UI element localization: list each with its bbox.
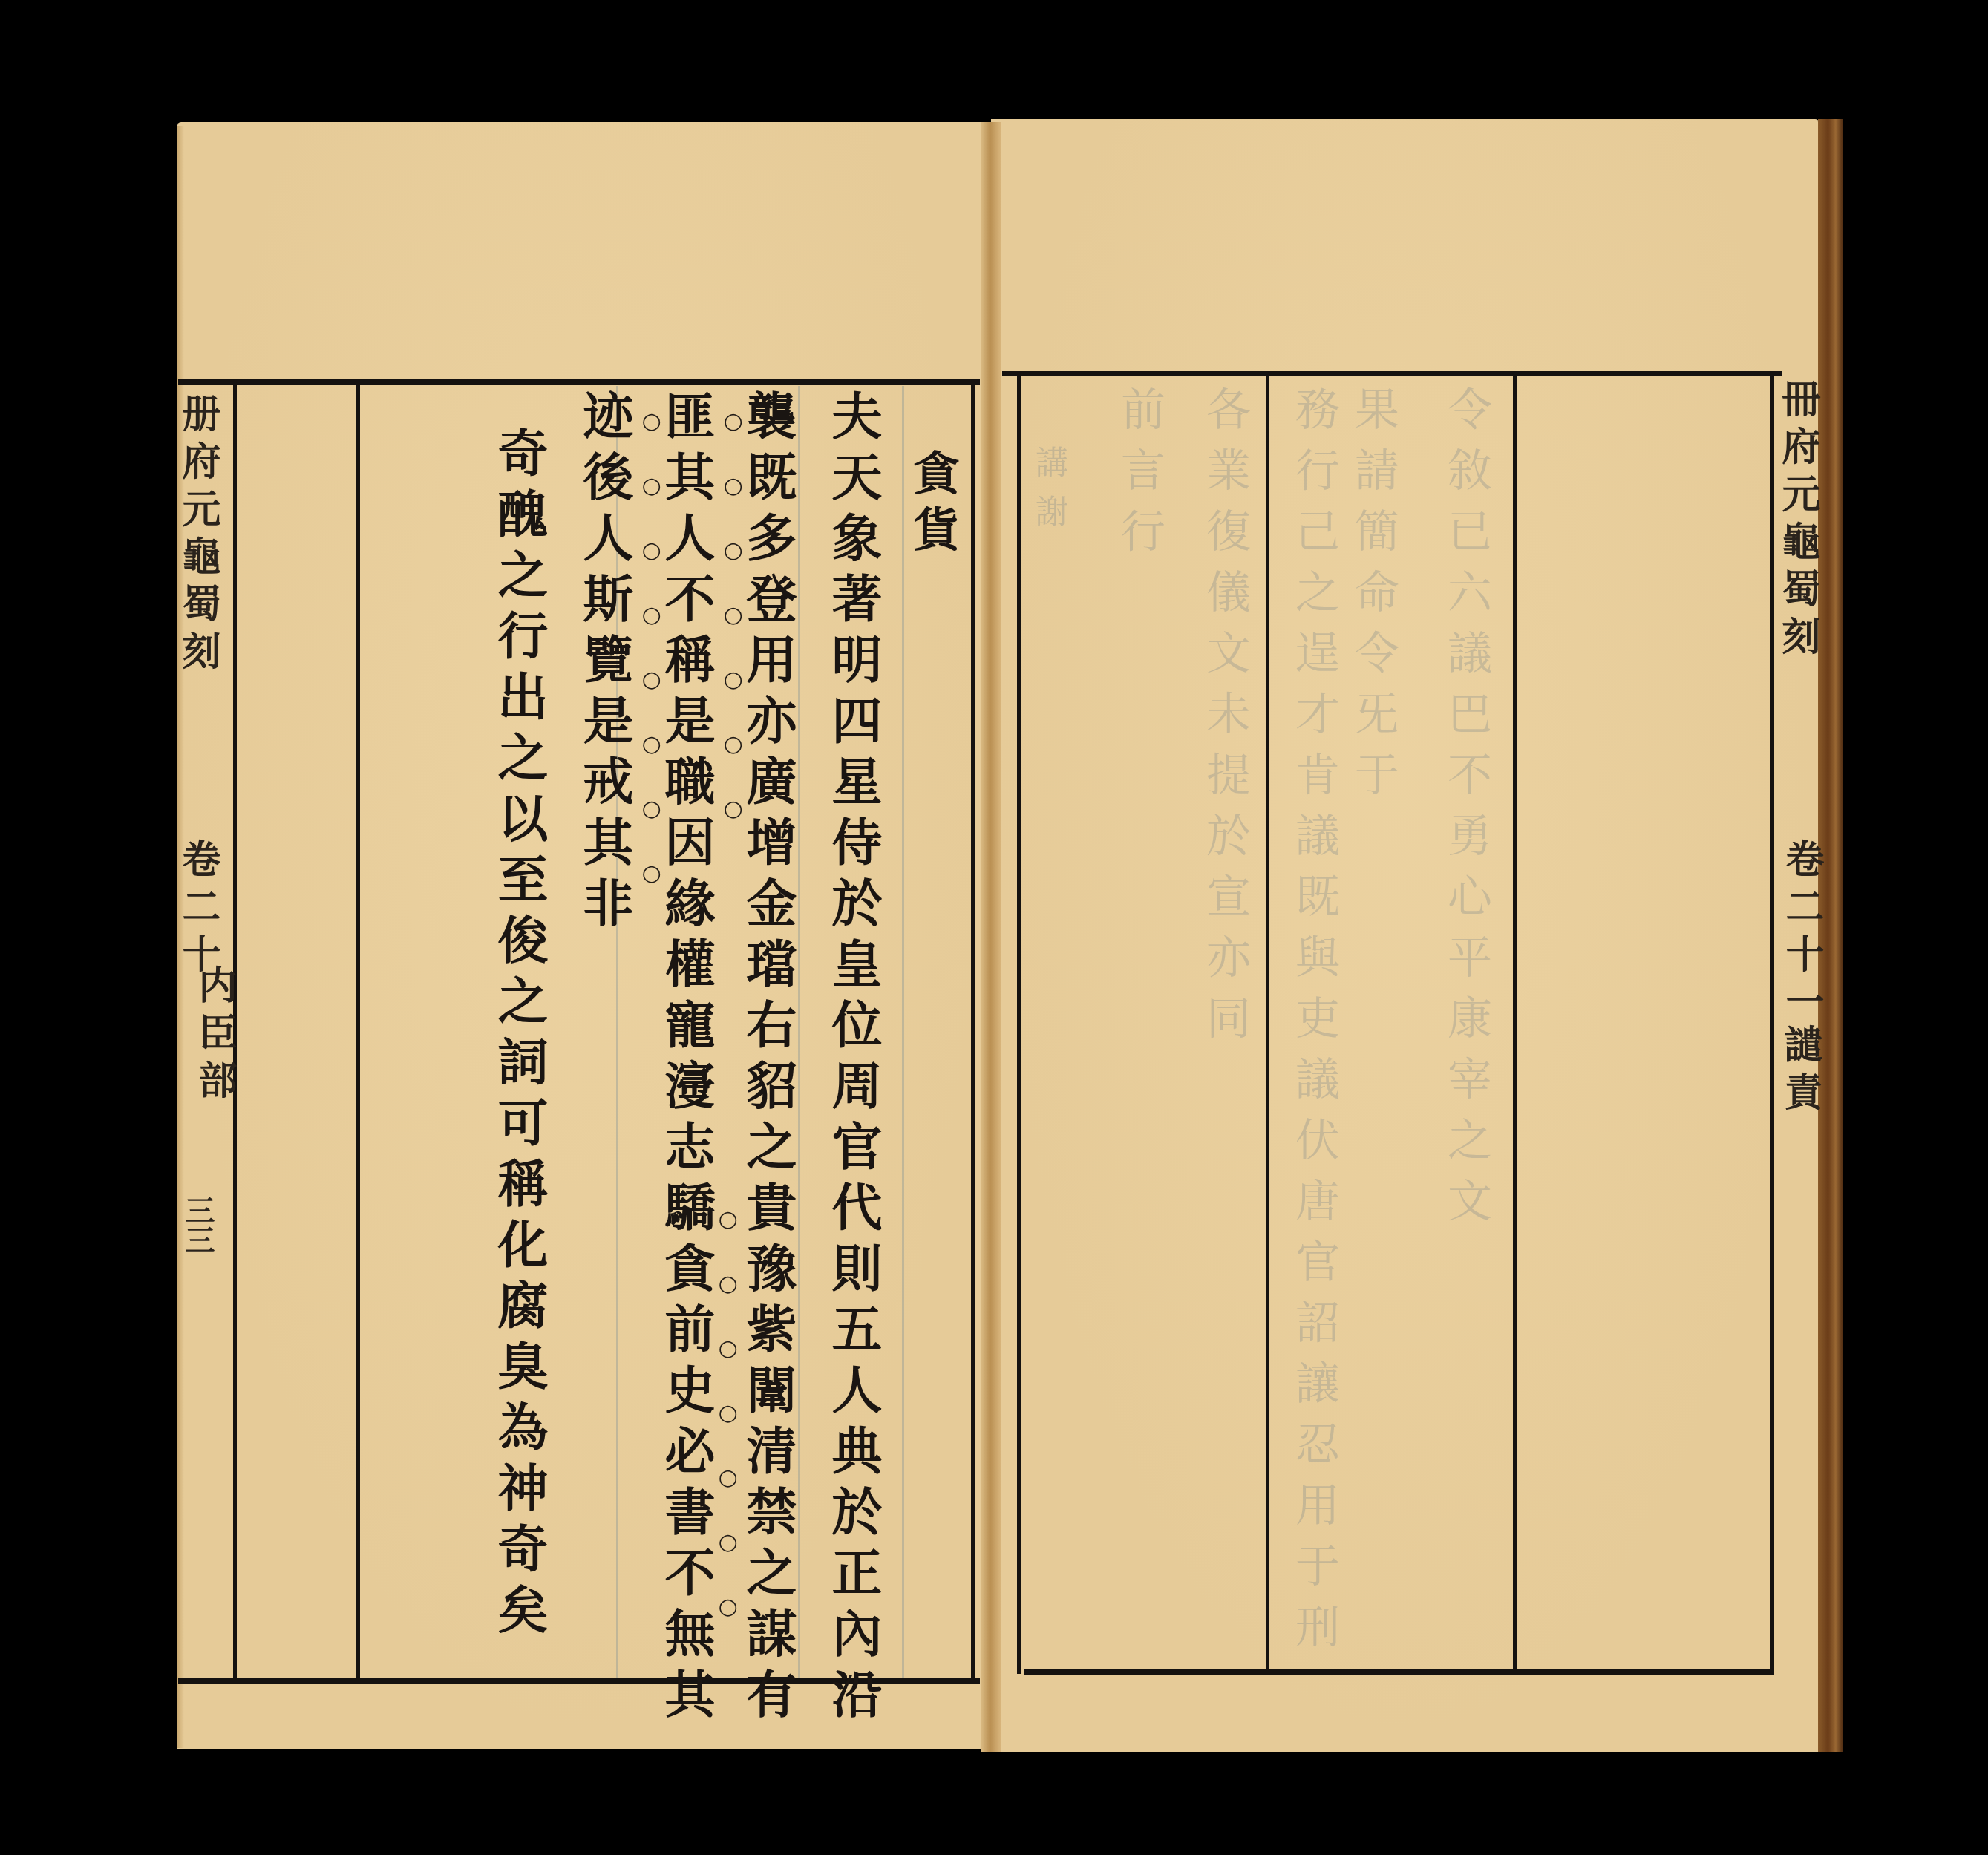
left-margin-line-inner bbox=[356, 382, 360, 1681]
right-column-line-1 bbox=[1266, 375, 1269, 1670]
right-margin-section: 譴責 bbox=[1780, 1024, 1819, 1119]
right-column-line-2 bbox=[1513, 375, 1517, 1670]
section-heading: 貪貨 bbox=[909, 449, 955, 562]
reading-marks-col2: ○○○○○○○ bbox=[722, 408, 744, 860]
left-margin-volume: 卷二十 bbox=[178, 839, 217, 981]
left-margin-section: 内臣部 bbox=[194, 965, 233, 1108]
reading-marks-col3: ○○○○○○○○ bbox=[640, 408, 662, 925]
reading-marks-col3-lower: ○○○○○○○ bbox=[716, 1206, 739, 1658]
right-margin-title: 冊府元龜蜀刻 bbox=[1778, 379, 1817, 664]
right-frame-top bbox=[1002, 371, 1782, 376]
left-frame-top bbox=[178, 379, 980, 385]
book-gutter bbox=[981, 122, 1001, 1752]
book-spread: 册府元龜蜀刻 卷二十 内臣部 三三 貪貨 夫天象著明四星侍於皇位周官代則五人典於… bbox=[0, 0, 1988, 1855]
body-column-1: 夫天象著明四星侍於皇位周官代則五人典於正內沿 bbox=[828, 390, 878, 1729]
left-margin-page-number: 三三 bbox=[183, 1195, 212, 1254]
right-margin-line bbox=[1770, 375, 1774, 1670]
body-column-2: 襲既多登用亦廣增金璫右貂之貴豫紫闈清禁之謀有 bbox=[742, 390, 793, 1729]
left-column-guide-2 bbox=[798, 386, 800, 1678]
bleed-through-column-5: 前言行 bbox=[1117, 386, 1162, 569]
bleed-through-column-2: 果請簡命令旡于 bbox=[1351, 386, 1396, 812]
body-column-3: 匪其人不稱是職因緣權寵濅志驕貪前史必書不無其 bbox=[661, 390, 711, 1729]
right-margin-volume: 卷二十一 bbox=[1782, 839, 1820, 1029]
right-frame-bottom bbox=[1024, 1669, 1774, 1675]
bleed-through-column-6: 講謝 bbox=[1032, 445, 1065, 543]
bleed-through-column-1: 令敘已六議巴不勇心平康宰之文 bbox=[1444, 386, 1488, 1238]
left-column-guide-3 bbox=[902, 386, 904, 1678]
body-column-4: 迹後人斯覽是戒其非 bbox=[579, 390, 630, 938]
right-page bbox=[991, 119, 1818, 1752]
left-frame-right bbox=[971, 382, 975, 1681]
bleed-through-column-3: 務行己之逞才肯議既與吏議伏唐官詔讓忍用于刑 bbox=[1292, 386, 1336, 1664]
closing-column: 奇醜之行出之以至俊之詞可稱化腐臭為神奇矣 bbox=[494, 427, 544, 1644]
left-margin-title: 册府元龜蜀刻 bbox=[178, 393, 217, 678]
right-frame-left bbox=[1017, 375, 1021, 1674]
bleed-through-column-4: 各業復儀文未提於宣亦同 bbox=[1203, 386, 1247, 1056]
